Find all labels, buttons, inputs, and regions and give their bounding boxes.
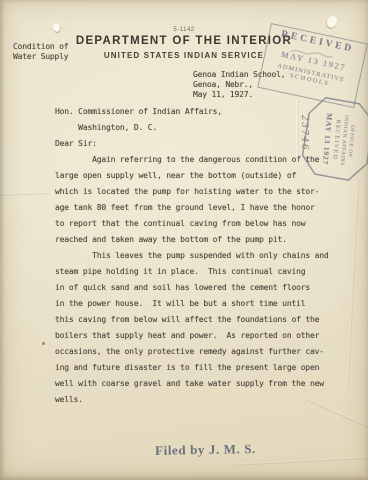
body-line: This leaves the pump suspended with only… [55, 248, 329, 264]
body-line: well with coarse gravel and take water s… [55, 376, 329, 392]
subject-note: Condition ofWater Supply [13, 42, 68, 62]
salutation: Dear Sir: [55, 136, 329, 152]
dateline-line: May 11, 1927. [193, 90, 285, 100]
body-line: which is located the pump for hoisting w… [55, 184, 329, 200]
body-line: this caving from below will affect the f… [55, 312, 329, 328]
body-line: steam pipe holding it in place. This con… [55, 264, 329, 280]
address-line: Washington, D. C. [55, 120, 329, 136]
body-line: Again referring to the dangerous conditi… [55, 152, 329, 168]
body-line: large open supply well, near the bottom … [55, 168, 329, 184]
octagon-stamp-text: OFFICE OF INDIAN AFFAIRS RECEIVED MAY 13… [307, 99, 368, 182]
body-line: in of quick sand and soil has lowered th… [55, 280, 329, 296]
body-line: wells. [55, 392, 329, 408]
letter-page: 5-1142 DEPARTMENT OF THE INTERIOR UNITED… [0, 0, 368, 480]
handwritten-docket-number: 23746 [299, 113, 309, 153]
subject-line: Water Supply [13, 52, 68, 62]
body-line: ing and future disaster is to fill the p… [55, 360, 329, 376]
paper-crease [347, 180, 360, 390]
body-line: reached and taken away the bottom of the… [55, 232, 329, 248]
paper-crease [230, 456, 368, 466]
received-stamp-office-of-indian-affairs: OFFICE OF INDIAN AFFAIRS RECEIVED MAY 13… [299, 94, 368, 185]
body-line: to report that the continual caving from… [55, 216, 329, 232]
paper-crease [0, 192, 50, 196]
subject-line: Condition of [13, 42, 68, 52]
address-line: Hon. Commissioner of Indian Affairs, [55, 104, 329, 120]
body-line: boilers that supply heat and power. As r… [55, 328, 329, 344]
body-line: occasions, the only protective remedy ag… [55, 344, 329, 360]
letter-body: Hon. Commissioner of Indian Affairs, Was… [55, 104, 329, 408]
body-line: age tank 80 feet from the ground level, … [55, 200, 329, 216]
ink-fleck [42, 342, 45, 345]
body-line: in the power house. It will be but a sho… [55, 296, 329, 312]
filed-by-stamp: Filed by J. M. S. [148, 441, 263, 459]
